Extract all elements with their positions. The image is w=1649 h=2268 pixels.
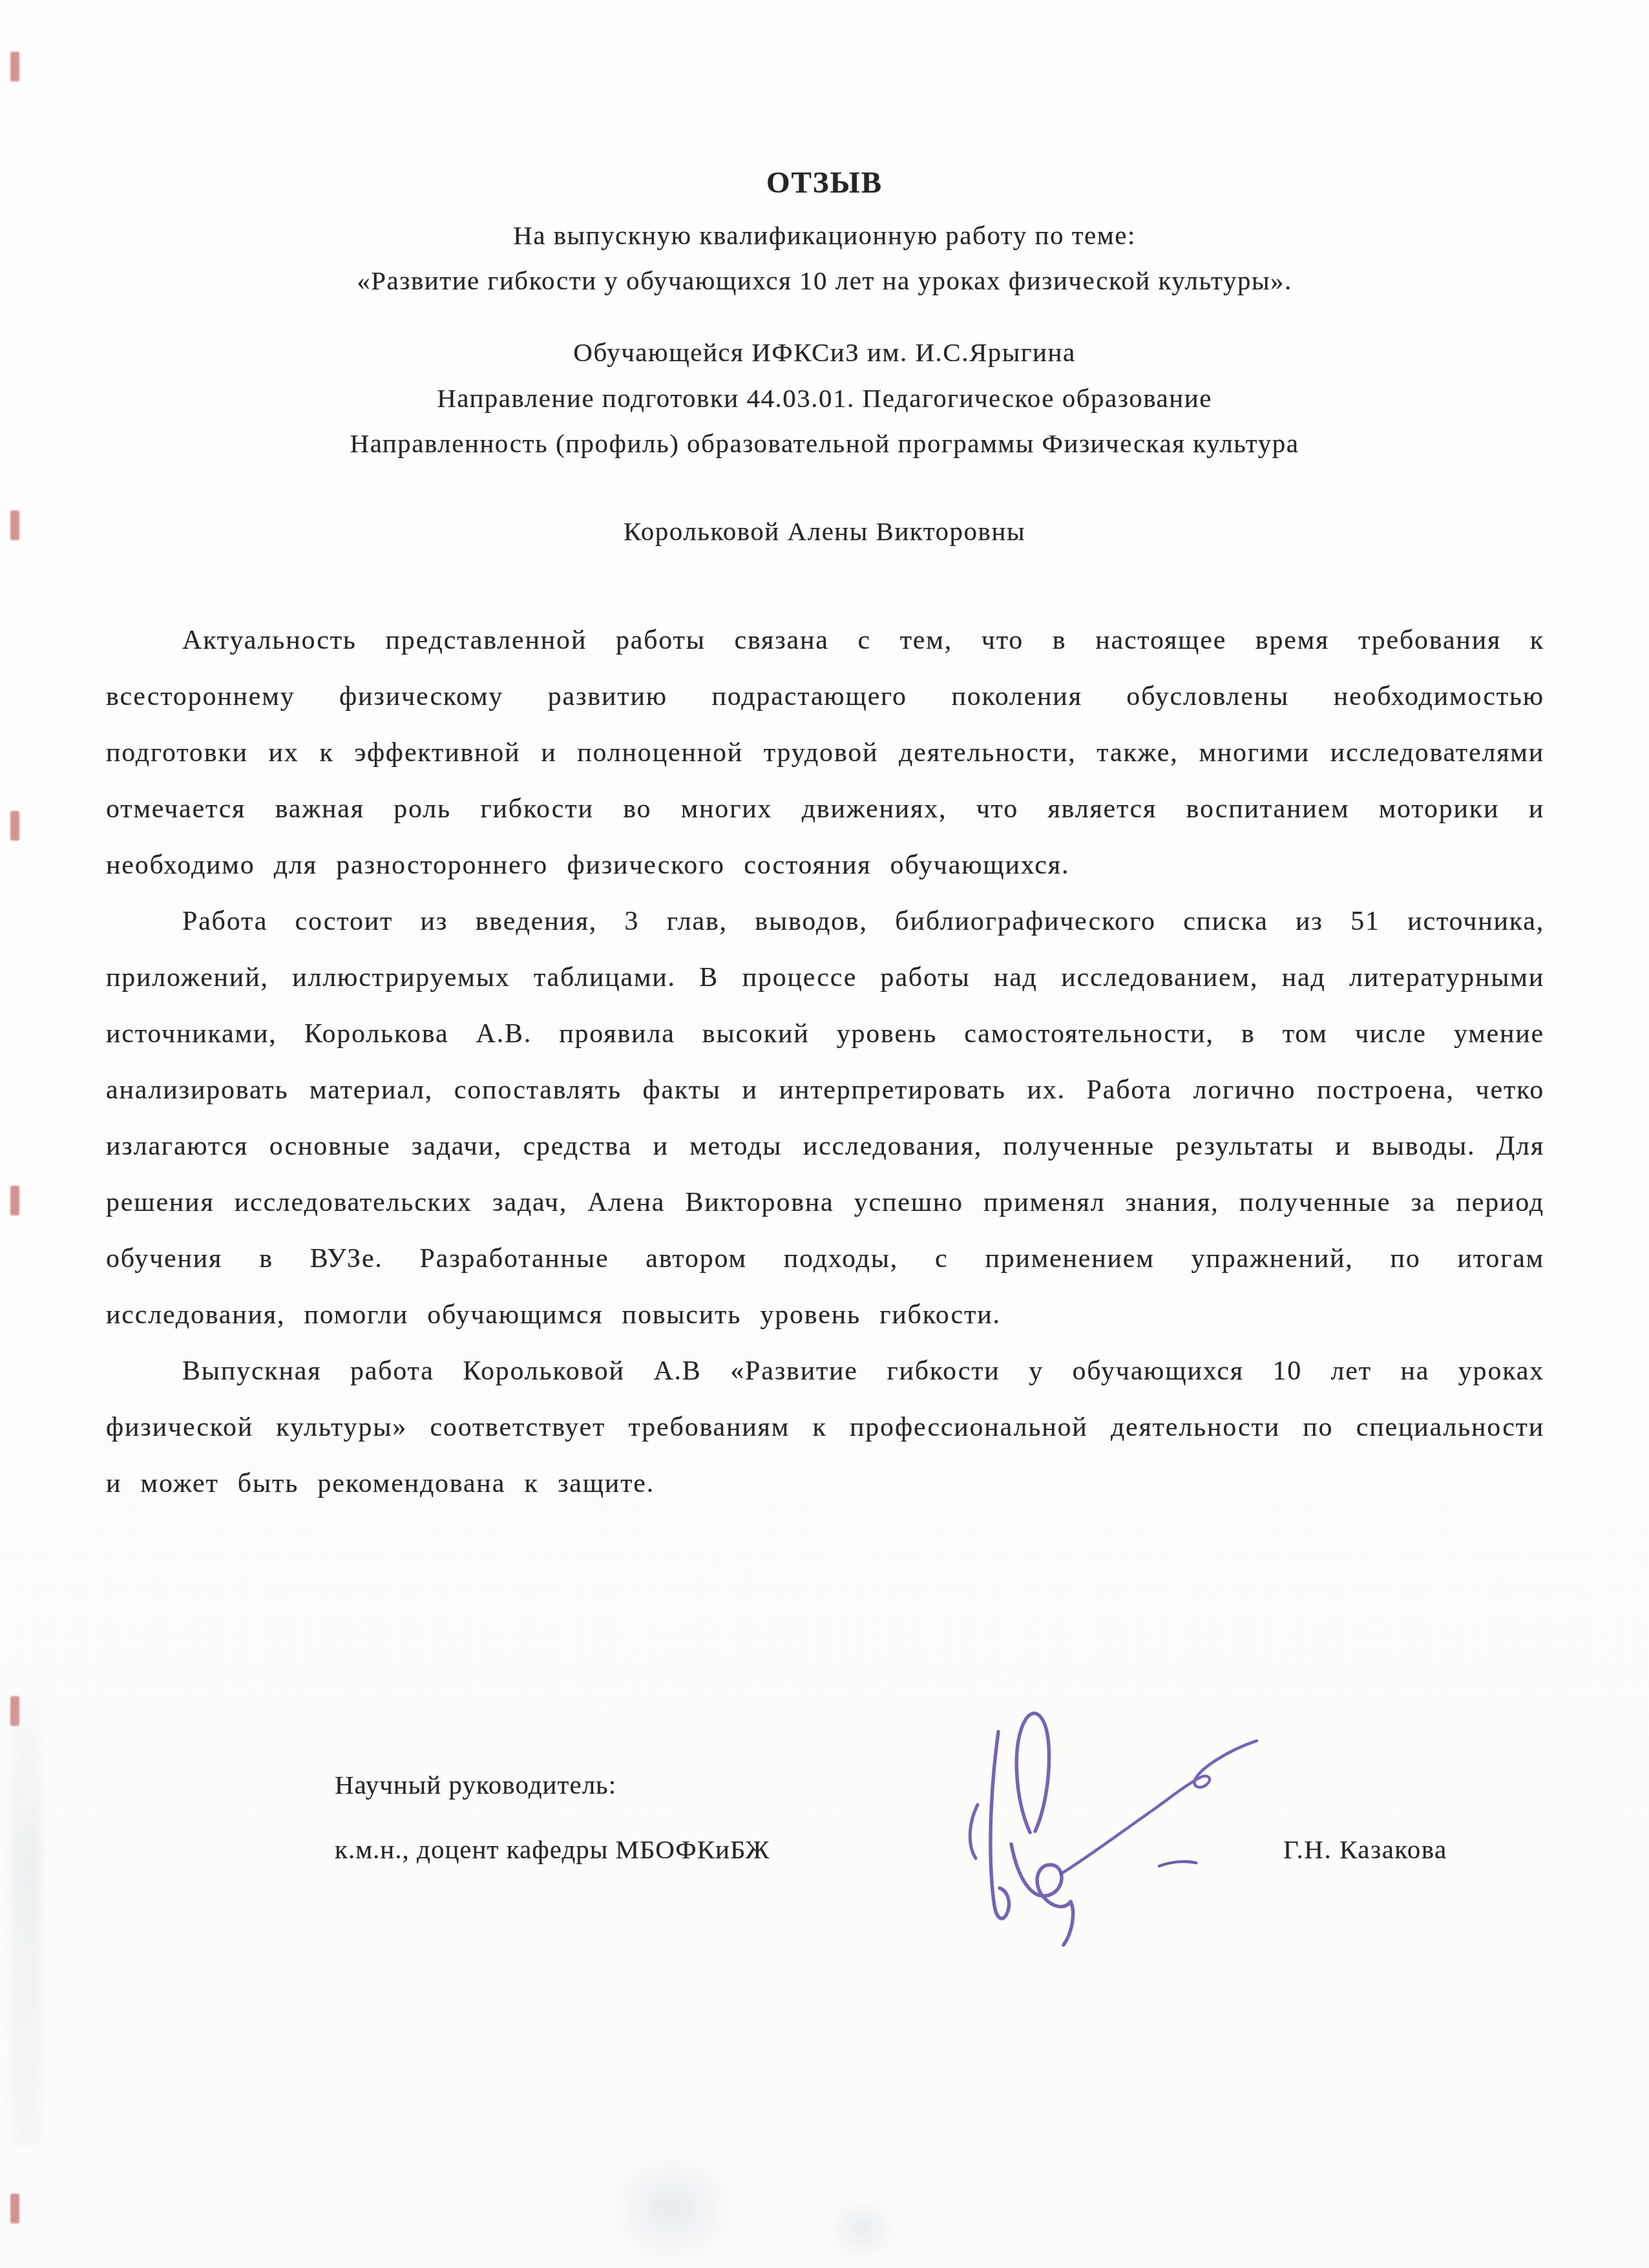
program-line-student: Обучающейся ИФКСиЗ им. И.С.Ярыгина xyxy=(0,337,1649,368)
supervisor-name: Г.Н. Казакова xyxy=(1283,1834,1447,1865)
scan-smudge xyxy=(827,2197,898,2262)
author-name: Корольковой Алены Викторовны xyxy=(0,516,1649,547)
review-body: Актуальность представленной работы связа… xyxy=(106,613,1544,1512)
program-line-direction: Направление подготовки 44.03.01. Педагог… xyxy=(0,383,1649,414)
scan-smudge xyxy=(607,2152,737,2265)
scan-artifact-red-mark xyxy=(10,1696,19,1726)
handwritten-signature-icon xyxy=(916,1685,1278,1957)
scan-smudge xyxy=(12,1667,41,2145)
scan-artifact-red-mark xyxy=(10,2194,19,2223)
review-paragraph-3: Выпускная работа Корольковой А.В «Развит… xyxy=(106,1343,1544,1512)
review-subtitle-line-1: На выпускную квалификационную работу по … xyxy=(0,220,1649,251)
scanned-review-page: ОТЗЫВ На выпускную квалификационную рабо… xyxy=(0,0,1649,2268)
program-line-profile: Направленность (профиль) образовательной… xyxy=(0,428,1649,459)
review-title: ОТЗЫВ xyxy=(0,165,1649,200)
scan-artifact-red-mark xyxy=(10,811,19,841)
scan-artifact-red-mark xyxy=(10,52,19,81)
scan-artifact-red-mark xyxy=(10,1186,19,1215)
supervisor-degree: к.м.н., доцент кафедры МБОФКиБЖ xyxy=(335,1834,770,1865)
review-subtitle-line-2: «Развитие гибкости у обучающихся 10 лет … xyxy=(0,265,1649,296)
supervisor-label: Научный руководитель: xyxy=(335,1769,616,1800)
review-paragraph-1: Актуальность представленной работы связа… xyxy=(106,613,1544,894)
review-paragraph-2: Работа состоит из введения, 3 глав, выво… xyxy=(106,894,1544,1343)
